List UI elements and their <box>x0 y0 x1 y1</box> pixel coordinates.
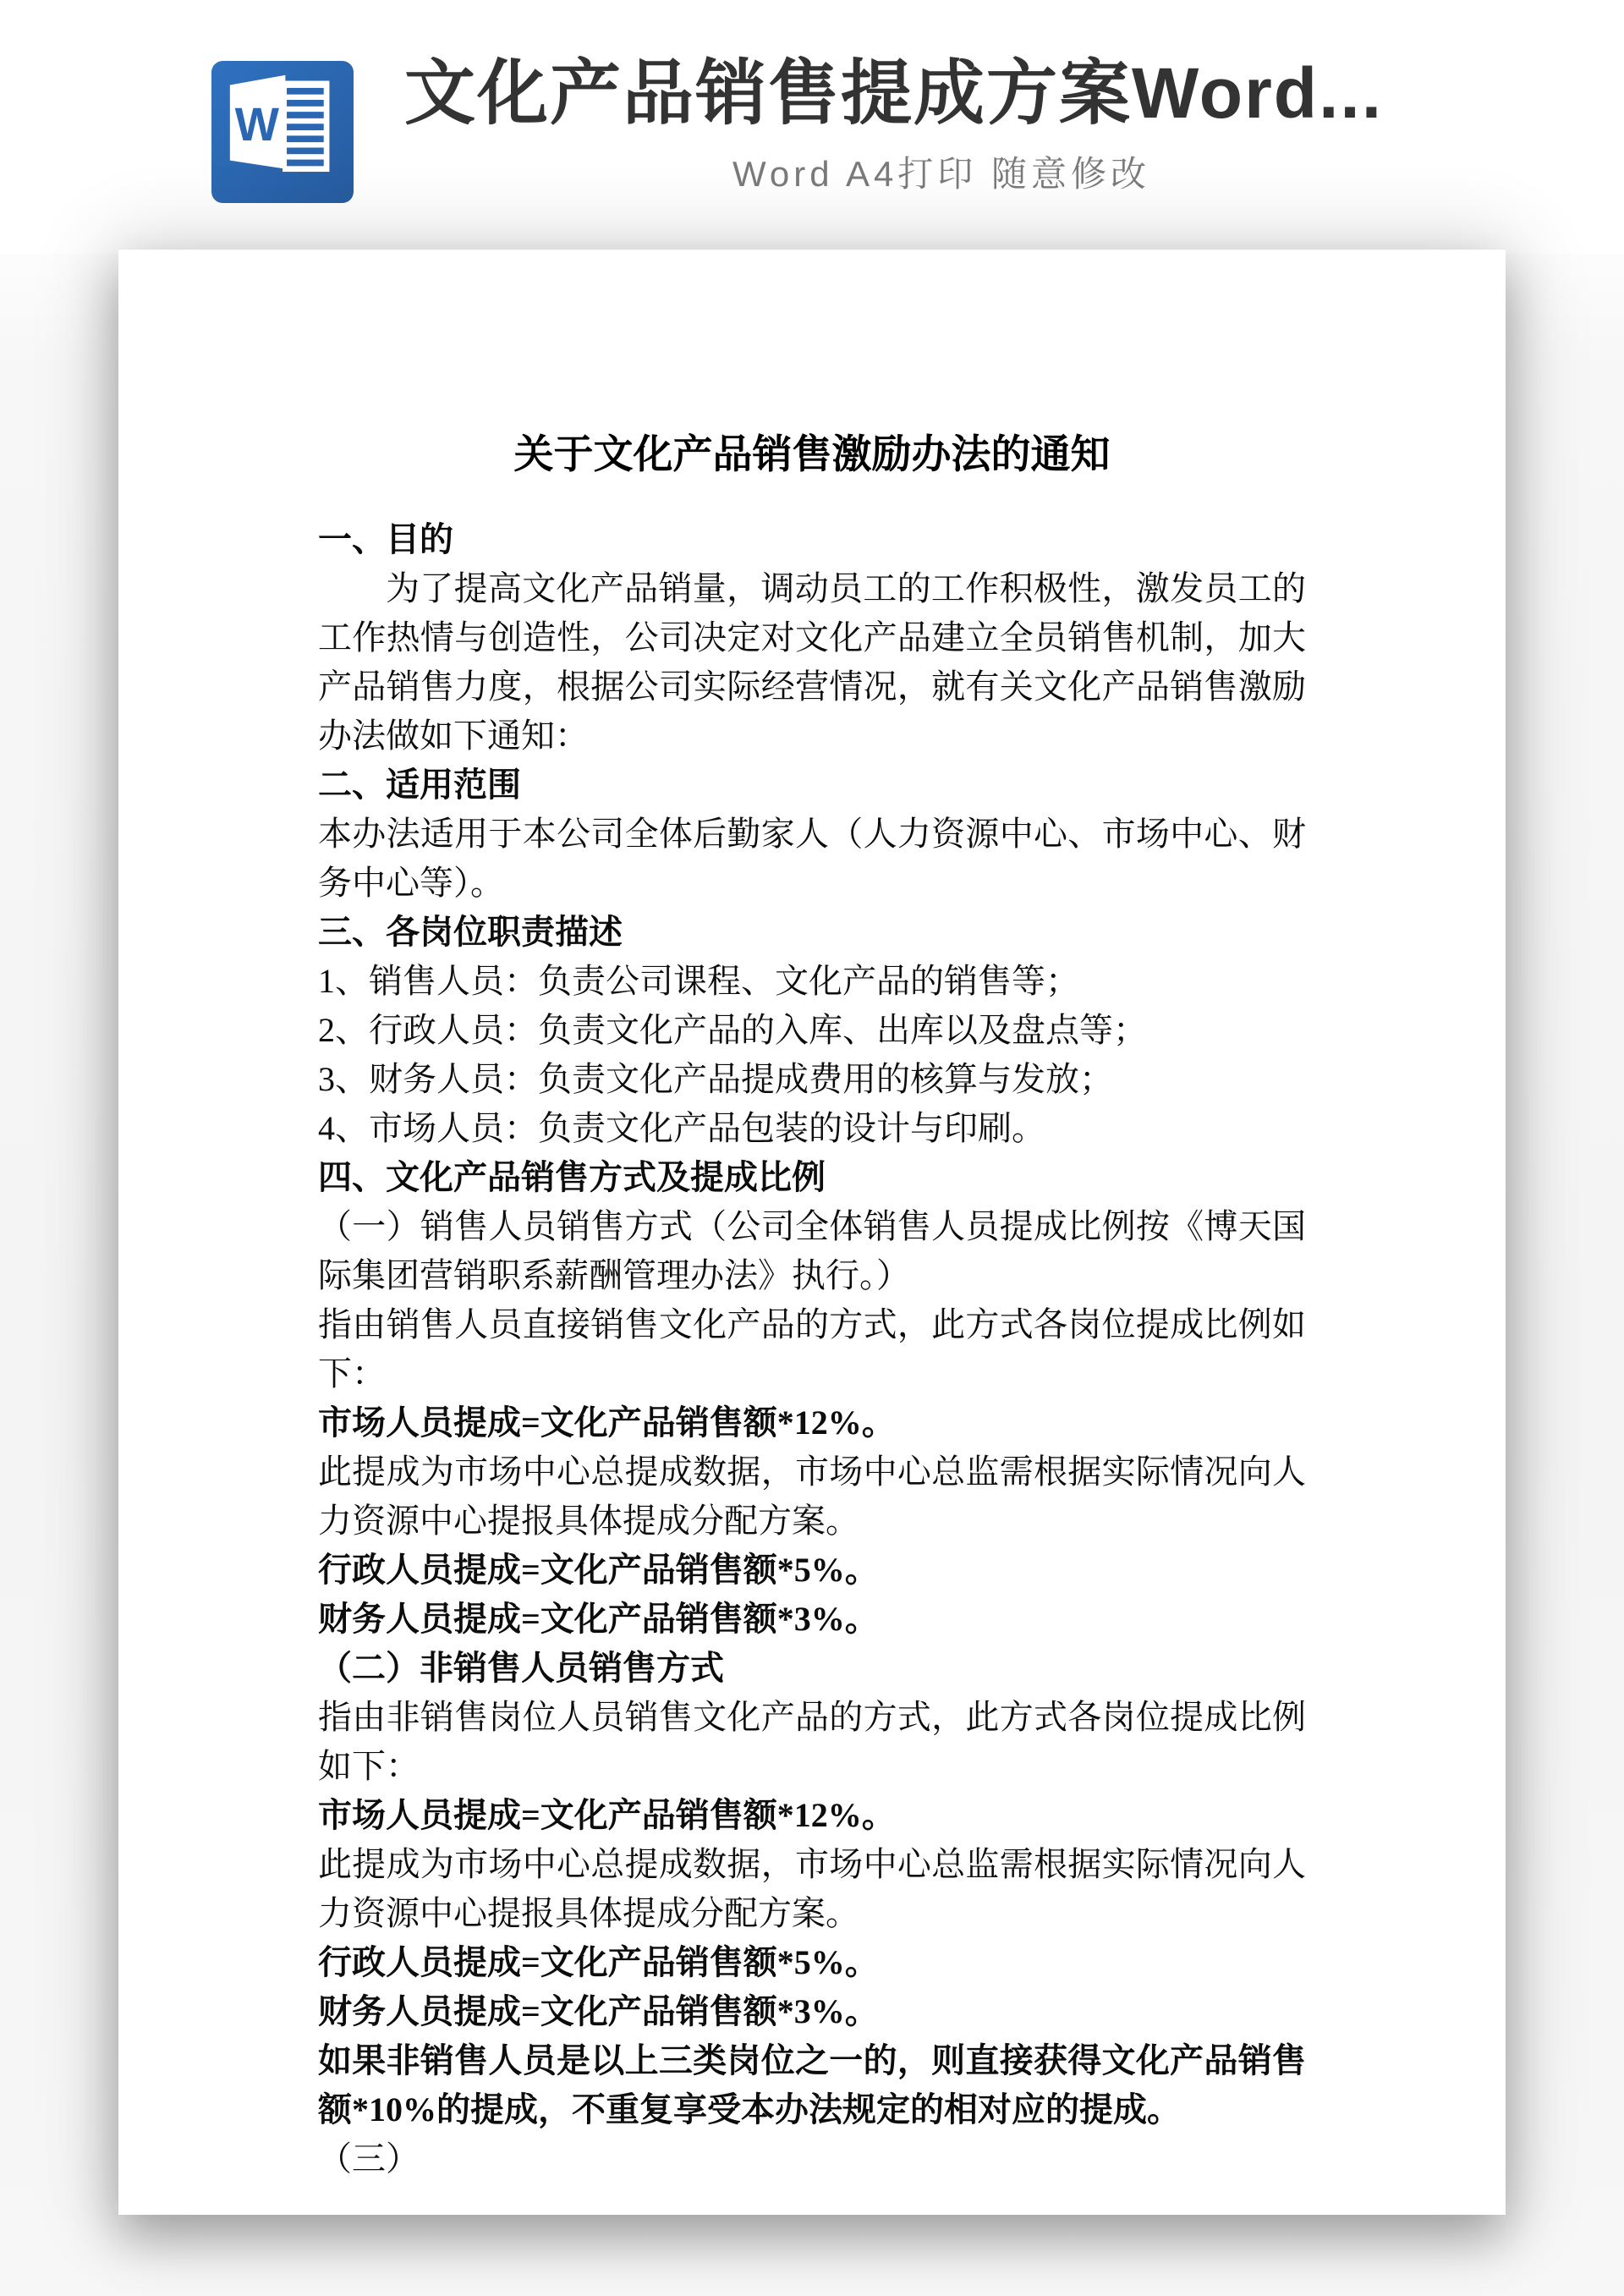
doc-paragraph: 行政人员提成=文化产品销售额*5%。 <box>318 1938 1306 1987</box>
doc-paragraph: 行政人员提成=文化产品销售额*5%。 <box>318 1546 1306 1595</box>
doc-paragraph: 4、市场人员：负责文化产品包装的设计与印刷。 <box>318 1104 1306 1153</box>
document-title: 关于文化产品销售激励办法的通知 <box>318 434 1306 478</box>
doc-paragraph: （三） <box>318 2134 1306 2183</box>
doc-paragraph: 3、财务人员：负责文化产品提成费用的核算与发放； <box>318 1055 1306 1104</box>
document-page: 关于文化产品销售激励办法的通知 一、目的为了提高文化产品销量，调动员工的工作积极… <box>118 250 1506 2215</box>
doc-paragraph: 指由非销售岗位人员销售文化产品的方式，此方式各岗位提成比例如下： <box>318 1693 1306 1791</box>
doc-paragraph: 为了提高文化产品销量，调动员工的工作积极性，激发员工的工作热情与创造性，公司决定… <box>318 564 1306 761</box>
doc-paragraph: 此提成为市场中心总提成数据，市场中心总监需根据实际情况向人力资源中心提报具体提成… <box>318 1840 1306 1938</box>
doc-paragraph: （二）非销售人员销售方式 <box>318 1644 1306 1693</box>
word-icon: W <box>211 58 354 206</box>
doc-paragraph: 1、销售人员：负责公司课程、文化产品的销售等； <box>318 957 1306 1006</box>
doc-paragraph: 指由销售人员直接销售文化产品的方式，此方式各岗位提成比例如下： <box>318 1300 1306 1398</box>
doc-paragraph: 市场人员提成=文化产品销售额*12%。 <box>318 1791 1306 1840</box>
header: W 文化产品销售提成方案Word... Word A4打印 随意修改 <box>0 0 1624 254</box>
doc-paragraph: 2、行政人员：负责文化产品的入库、出库以及盘点等； <box>318 1006 1306 1055</box>
doc-paragraph: （一）销售人员销售方式（公司全体销售人员提成比例按《博天国际集团营销职系薪酬管理… <box>318 1202 1306 1300</box>
svg-text:W: W <box>235 98 280 151</box>
doc-paragraph: 本办法适用于本公司全体后勤家人（人力资源中心、市场中心、财务中心等）。 <box>318 810 1306 908</box>
doc-paragraph: 此提成为市场中心总提成数据，市场中心总监需根据实际情况向人力资源中心提报具体提成… <box>318 1447 1306 1546</box>
doc-paragraph: 一、目的 <box>318 515 1306 564</box>
doc-paragraph: 四、文化产品销售方式及提成比例 <box>318 1153 1306 1202</box>
doc-paragraph: 如果非销售人员是以上三类岗位之一的，则直接获得文化产品销售额*10%的提成，不重… <box>318 2036 1306 2134</box>
doc-paragraph: 三、各岗位职责描述 <box>318 908 1306 957</box>
doc-paragraph: 财务人员提成=文化产品销售额*3%。 <box>318 1987 1306 2036</box>
template-subtitle: Word A4打印 随意修改 <box>732 146 1150 197</box>
doc-paragraph: 财务人员提成=文化产品销售额*3%。 <box>318 1595 1306 1644</box>
doc-paragraph: 市场人员提成=文化产品销售额*12%。 <box>318 1398 1306 1447</box>
header-text-block: 文化产品销售提成方案Word... Word A4打印 随意修改 <box>404 52 1479 197</box>
doc-body: 一、目的为了提高文化产品销量，调动员工的工作积极性，激发员工的工作热情与创造性，… <box>318 515 1306 2183</box>
template-title: 文化产品销售提成方案Word... <box>404 52 1383 135</box>
doc-paragraph: 二、适用范围 <box>318 761 1306 810</box>
